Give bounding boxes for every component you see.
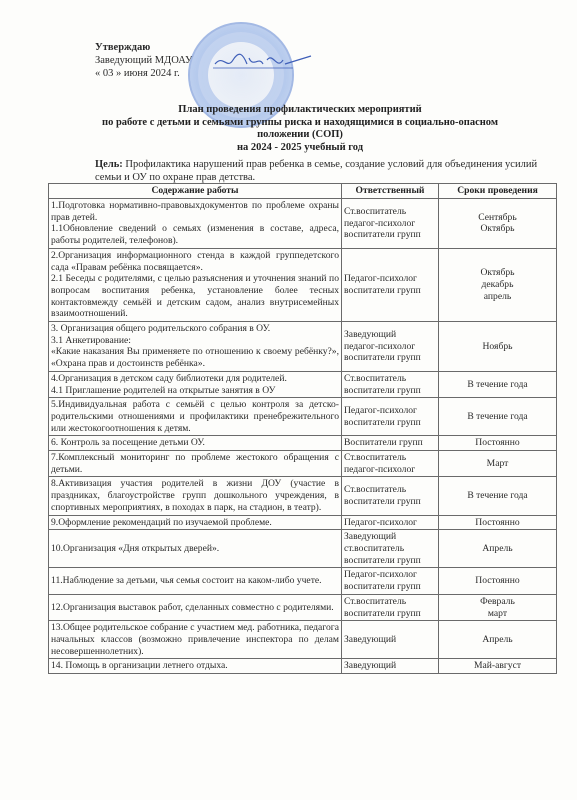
activity-cell-line: 3.1 Анкетирование: <box>51 335 339 347</box>
terms-cell: Постоянно <box>439 515 557 530</box>
table-row: 7.Комплексный мониторинг по проблеме жес… <box>49 451 557 477</box>
table-row: 13.Общее родительское собрание с участие… <box>49 621 557 659</box>
terms-cell: Постоянно <box>439 436 557 451</box>
activity-cell: 2.Организация информационного стенда в к… <box>49 248 342 321</box>
activity-cell: 6. Контроль за посещение детьми ОУ. <box>49 436 342 451</box>
table-row: 14. Помощь в организации летнего отдыха.… <box>49 659 557 674</box>
responsible-cell-line: Ст.воспитатель <box>344 452 436 464</box>
title-line-2: по работе с детьми и семьями группы риск… <box>60 117 540 130</box>
activity-cell: 13.Общее родительское собрание с участие… <box>49 621 342 659</box>
responsible-cell-line: педагог-психолог <box>344 341 436 353</box>
responsible-cell-line: воспитатели групп <box>344 417 436 429</box>
responsible-cell-line: Воспитатели групп <box>344 437 436 449</box>
activity-cell: 14. Помощь в организации летнего отдыха. <box>49 659 342 674</box>
responsible-cell: Педагог-психолог <box>342 515 439 530</box>
terms-cell-line: В течение года <box>441 490 554 502</box>
activity-cell-line: 11.Наблюдение за детьми, чья семья состо… <box>51 575 339 587</box>
responsible-cell: Заведующийст.воспитательвоспитатели груп… <box>342 530 439 568</box>
header-content: Содержание работы <box>49 184 342 199</box>
responsible-cell-line: воспитатели групп <box>344 581 436 593</box>
activity-cell: 11.Наблюдение за детьми, чья семья состо… <box>49 568 342 594</box>
responsible-cell: Воспитатели групп <box>342 436 439 451</box>
table-row: 2.Организация информационного стенда в к… <box>49 248 557 321</box>
activity-cell: 3. Организация общего родительского собр… <box>49 322 342 372</box>
activity-cell-line: 4.1 Приглашение родителей на открытые за… <box>51 385 339 397</box>
terms-cell: СентябрьОктябрь <box>439 199 557 249</box>
table-row: 10.Организация «Дня открытых дверей».Зав… <box>49 530 557 568</box>
activity-cell-line: 1.1Обновление сведений о семьях (изменен… <box>51 223 339 246</box>
activity-cell: 12.Организация выставок работ, сделанных… <box>49 594 342 620</box>
terms-cell-line: Октябрь <box>441 223 554 235</box>
title-line-1: План проведения профилактических меропри… <box>60 104 540 117</box>
table-row: 9.Оформление рекомендаций по изучаемой п… <box>49 515 557 530</box>
terms-cell-line: Октябрь <box>441 267 554 279</box>
responsible-cell-line: воспитатели групп <box>344 385 436 397</box>
terms-cell: Апрель <box>439 530 557 568</box>
responsible-cell-line: Заведующий <box>344 660 436 672</box>
header-terms: Сроки проведения <box>439 184 557 199</box>
table-row: 5.Индивидуальная работа с семьёй с целью… <box>49 398 557 436</box>
activity-cell-line: 1.Подготовка нормативно-правовыхдокумент… <box>51 200 339 223</box>
responsible-cell: Педагог-психологвоспитатели групп <box>342 248 439 321</box>
terms-cell-line: апрель <box>441 291 554 303</box>
responsible-cell-line: воспитатели групп <box>344 229 436 241</box>
responsible-cell-line: воспитатели групп <box>344 555 436 567</box>
responsible-cell-line: Педагог-психолог <box>344 517 436 529</box>
responsible-cell: Ст.воспитательпедагог-психологвоспитател… <box>342 199 439 249</box>
terms-cell: В течение года <box>439 398 557 436</box>
responsible-cell-line: воспитатели групп <box>344 352 436 364</box>
responsible-cell-line: воспитатели групп <box>344 285 436 297</box>
activity-cell: 4.Организация в детском саду библиотеки … <box>49 371 342 397</box>
responsible-cell-line: Ст.воспитатель <box>344 596 436 608</box>
responsible-cell: Педагог-психологвоспитатели групп <box>342 568 439 594</box>
terms-cell-line: Постоянно <box>441 437 554 449</box>
table-header-row: Содержание работы Ответственный Сроки пр… <box>49 184 557 199</box>
activity-cell: 9.Оформление рекомендаций по изучаемой п… <box>49 515 342 530</box>
terms-cell-line: В течение года <box>441 411 554 423</box>
terms-cell-line: Февраль <box>441 596 554 608</box>
responsible-cell-line: Заведующий <box>344 634 436 646</box>
responsible-cell: Заведующийпедагог-психологвоспитатели гр… <box>342 322 439 372</box>
terms-cell: Постоянно <box>439 568 557 594</box>
table-row: 1.Подготовка нормативно-правовыхдокумент… <box>49 199 557 249</box>
terms-cell-line: Ноябрь <box>441 341 554 353</box>
terms-cell: Апрель <box>439 621 557 659</box>
responsible-cell-line: Заведующий <box>344 531 436 543</box>
activity-cell-line: 4.Организация в детском саду библиотеки … <box>51 373 339 385</box>
header-responsible: Ответственный <box>342 184 439 199</box>
activity-cell-line: 6. Контроль за посещение детьми ОУ. <box>51 437 339 449</box>
goal-label: Цель: <box>95 159 123 170</box>
responsible-cell: Ст.воспитательвоспитатели групп <box>342 371 439 397</box>
title-line-3: положении (СОП) <box>60 129 540 142</box>
responsible-cell-line: педагог-психолог <box>344 464 436 476</box>
activity-cell-line: 2.Организация информационного стенда в к… <box>51 250 339 273</box>
responsible-cell-line: Педагог-психолог <box>344 569 436 581</box>
responsible-cell: Педагог-психологвоспитатели групп <box>342 398 439 436</box>
title-line-4: на 2024 - 2025 учебный год <box>60 142 540 155</box>
activity-cell: 1.Подготовка нормативно-правовыхдокумент… <box>49 199 342 249</box>
responsible-cell: Заведующий <box>342 621 439 659</box>
terms-cell-line: Постоянно <box>441 517 554 529</box>
activity-cell-line: 3. Организация общего родительского собр… <box>51 323 339 335</box>
responsible-cell-line: Ст.воспитатель <box>344 484 436 496</box>
responsible-cell-line: воспитатели групп <box>344 496 436 508</box>
responsible-cell: Ст.воспитательвоспитатели групп <box>342 594 439 620</box>
responsible-cell-line: педагог-психолог <box>344 218 436 230</box>
activity-cell-line: 5.Индивидуальная работа с семьёй с целью… <box>51 399 339 434</box>
responsible-cell-line: Ст.воспитатель <box>344 373 436 385</box>
activity-cell: 5.Индивидуальная работа с семьёй с целью… <box>49 398 342 436</box>
terms-cell: Ноябрь <box>439 322 557 372</box>
activity-cell: 7.Комплексный мониторинг по проблеме жес… <box>49 451 342 477</box>
terms-cell-line: март <box>441 608 554 620</box>
activity-cell-line: «Какие наказания Вы применяете по отноше… <box>51 346 339 369</box>
approval-heading: Утверждаю <box>95 41 192 54</box>
responsible-cell-line: Педагог-психолог <box>344 273 436 285</box>
handwritten-signature-icon <box>213 50 313 74</box>
terms-cell-line: Апрель <box>441 543 554 555</box>
terms-cell-line: Постоянно <box>441 575 554 587</box>
terms-cell: В течение года <box>439 371 557 397</box>
terms-cell: Март <box>439 451 557 477</box>
activities-table: Содержание работы Ответственный Сроки пр… <box>48 183 557 674</box>
activity-cell-line: 12.Организация выставок работ, сделанных… <box>51 602 339 614</box>
activity-cell-line: 13.Общее родительское собрание с участие… <box>51 622 339 657</box>
responsible-cell: Ст.воспитательпедагог-психолог <box>342 451 439 477</box>
activity-cell-line: 7.Комплексный мониторинг по проблеме жес… <box>51 452 339 475</box>
terms-cell-line: Май-август <box>441 660 554 672</box>
terms-cell: Май-август <box>439 659 557 674</box>
activity-cell-line: 2.1 Беседы с родителями, с целью разъясн… <box>51 273 339 320</box>
responsible-cell-line: Ст.воспитатель <box>344 206 436 218</box>
activity-cell-line: 10.Организация «Дня открытых дверей». <box>51 543 339 555</box>
table-row: 8.Активизация участия родителей в жизни … <box>49 477 557 515</box>
goal-text: Профилактика нарушений прав ребенка в се… <box>95 159 537 183</box>
terms-cell-line: Сентябрь <box>441 212 554 224</box>
approval-date: « 03 » июня 2024 г. <box>95 67 192 80</box>
responsible-cell-line: ст.воспитатель <box>344 543 436 555</box>
table-row: 11.Наблюдение за детьми, чья семья состо… <box>49 568 557 594</box>
document-title: План проведения профилактических меропри… <box>60 104 540 154</box>
table-row: 3. Организация общего родительского собр… <box>49 322 557 372</box>
terms-cell: В течение года <box>439 477 557 515</box>
terms-cell: Февральмарт <box>439 594 557 620</box>
terms-cell-line: В течение года <box>441 379 554 391</box>
table-row: 6. Контроль за посещение детьми ОУ.Воспи… <box>49 436 557 451</box>
terms-cell: Октябрьдекабрьапрель <box>439 248 557 321</box>
responsible-cell-line: воспитатели групп <box>344 608 436 620</box>
approval-block: Утверждаю Заведующий МДОАУ « 03 » июня 2… <box>95 41 192 80</box>
activity-cell-line: 14. Помощь в организации летнего отдыха. <box>51 660 339 672</box>
terms-cell-line: Апрель <box>441 634 554 646</box>
table-row: 12.Организация выставок работ, сделанных… <box>49 594 557 620</box>
activity-cell-line: 9.Оформление рекомендаций по изучаемой п… <box>51 517 339 529</box>
table-row: 4.Организация в детском саду библиотеки … <box>49 371 557 397</box>
responsible-cell: Ст.воспитательвоспитатели групп <box>342 477 439 515</box>
activity-cell: 8.Активизация участия родителей в жизни … <box>49 477 342 515</box>
terms-cell-line: Март <box>441 458 554 470</box>
goal-statement: Цель: Профилактика нарушений прав ребенк… <box>95 159 545 184</box>
approval-position: Заведующий МДОАУ <box>95 54 192 67</box>
terms-cell-line: декабрь <box>441 279 554 291</box>
responsible-cell-line: Педагог-психолог <box>344 405 436 417</box>
responsible-cell: Заведующий <box>342 659 439 674</box>
activity-cell: 10.Организация «Дня открытых дверей». <box>49 530 342 568</box>
activity-cell-line: 8.Активизация участия родителей в жизни … <box>51 478 339 513</box>
responsible-cell-line: Заведующий <box>344 329 436 341</box>
